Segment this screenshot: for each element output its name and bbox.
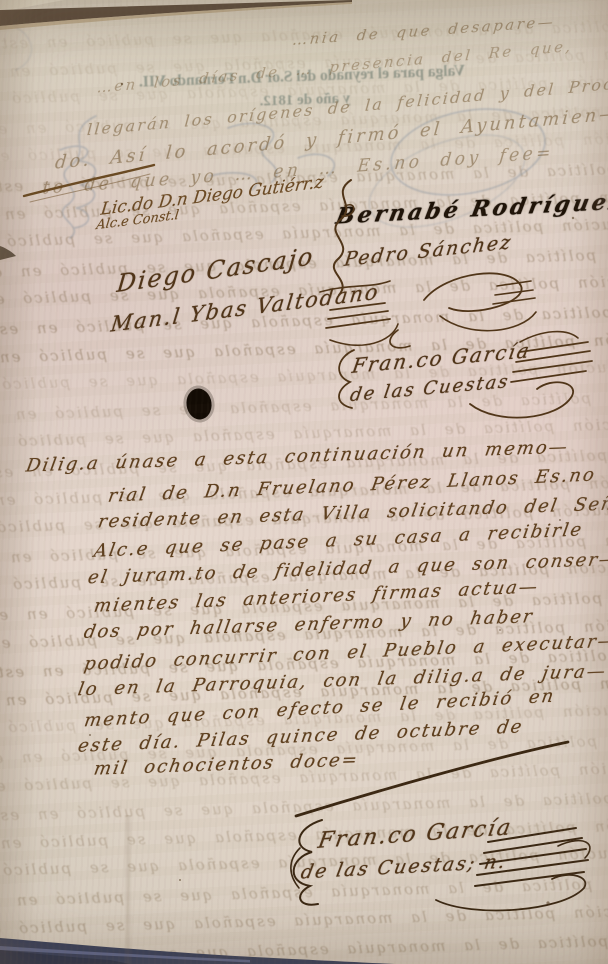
signature: de las Cuestas	[349, 371, 512, 406]
manuscript-page: de la constitución política de la monarq…	[0, 0, 608, 964]
closing-signature-surname: de las Cuestas; n.	[299, 850, 509, 883]
signature: Bernabé Rodríguez	[334, 188, 608, 229]
signature: Diego Cascajo	[115, 242, 315, 298]
signature: Pedro Sánchez	[343, 231, 514, 271]
ink-text-layer: Fran.co García de las Cuestas; n. Dilig.…	[0, 0, 608, 964]
closing-signature-name: Fran.co García	[316, 815, 514, 854]
